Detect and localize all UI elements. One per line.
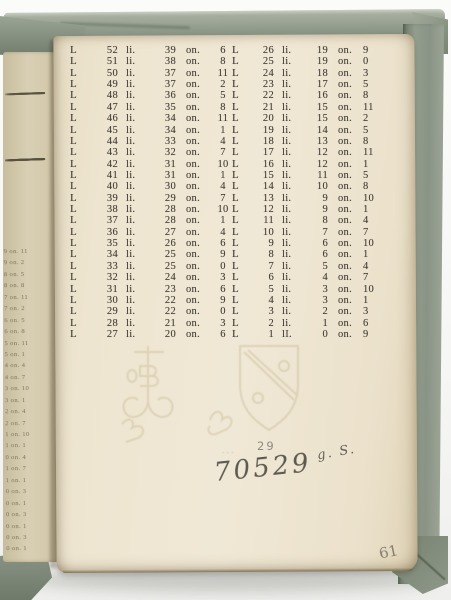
unit-on-label: on. bbox=[332, 125, 360, 136]
lira-symbol: L bbox=[70, 113, 84, 124]
table-row: L11li.8on.4 bbox=[232, 215, 386, 226]
on-value: 11 bbox=[360, 102, 386, 113]
li-value: 9 bbox=[306, 204, 332, 215]
li-value: 30 bbox=[150, 181, 180, 192]
li-value: 9 bbox=[306, 193, 332, 204]
li-value: 32 bbox=[150, 147, 180, 158]
unit-li-label: li. bbox=[124, 113, 150, 124]
unit-li-label: li. bbox=[280, 193, 306, 204]
unit-on-label: on. bbox=[180, 170, 210, 181]
unit-on-label: on. bbox=[332, 102, 360, 113]
table-row: L31li.23on.6 bbox=[70, 284, 236, 295]
table-row: L52li.39on.6 bbox=[70, 45, 236, 56]
unit-li-label: li. bbox=[280, 159, 306, 170]
count-value: 16 bbox=[246, 159, 280, 170]
li-value: 28 bbox=[150, 215, 180, 226]
table-row: L25li.19on.0 bbox=[232, 56, 386, 67]
count-value: 11 bbox=[246, 215, 280, 226]
unit-li-label: li. bbox=[280, 181, 306, 192]
li-value: 2 bbox=[306, 306, 332, 317]
lira-symbol: L bbox=[232, 56, 246, 67]
unit-li-label: li. bbox=[124, 261, 150, 272]
unit-li-label: li. bbox=[280, 56, 306, 67]
table-row: L3li.2on.3 bbox=[232, 306, 386, 317]
table-row: L44li.33on.4 bbox=[70, 136, 236, 147]
unit-li-label: li. bbox=[124, 68, 150, 79]
on-value: 1 bbox=[360, 159, 386, 170]
count-value: 25 bbox=[246, 56, 280, 67]
unit-li-label: li. bbox=[280, 249, 306, 260]
unit-li-label: li. bbox=[280, 45, 306, 56]
table-row: L28li.21on.3 bbox=[70, 318, 236, 329]
table-row: L20li.15on.2 bbox=[232, 113, 386, 124]
li-value: 4 bbox=[306, 272, 332, 283]
count-value: 14 bbox=[246, 181, 280, 192]
li-value: 1 bbox=[306, 318, 332, 329]
on-value: 10 bbox=[360, 238, 386, 249]
unit-li-label: li. bbox=[124, 204, 150, 215]
unit-on-label: on. bbox=[332, 318, 360, 329]
unit-li-label: li. bbox=[280, 170, 306, 181]
book-photo: 9 on. 119 on. 28 on. 58 on. 87 on. 117 o… bbox=[0, 0, 451, 600]
unit-on-label: on. bbox=[180, 306, 210, 317]
table-fragment: 0 on. 3 bbox=[6, 532, 52, 544]
unit-on-label: on. bbox=[180, 159, 210, 170]
table-row: L37li.28on.1 bbox=[70, 215, 236, 226]
table-row: L41li.31on.1 bbox=[70, 170, 236, 181]
unit-li-label: li. bbox=[280, 147, 306, 158]
lira-symbol: L bbox=[70, 306, 84, 317]
count-value: 39 bbox=[84, 193, 124, 204]
unit-li-label: li. bbox=[280, 272, 306, 283]
unit-on-label: on. bbox=[332, 193, 360, 204]
table-fragment: 0 on. 3 bbox=[6, 509, 52, 521]
table-fragment: 7 on. 11 bbox=[4, 292, 50, 304]
table-fragment: 0 on. 1 bbox=[6, 543, 52, 555]
count-value: 10 bbox=[246, 227, 280, 238]
table-row: L32li.24on.3 bbox=[70, 272, 236, 283]
unit-li-label: li. bbox=[280, 79, 306, 90]
li-value: 37 bbox=[150, 79, 180, 90]
unit-on-label: on. bbox=[332, 159, 360, 170]
unit-on-label: on. bbox=[332, 295, 360, 306]
table-row: L15li.11on.5 bbox=[232, 170, 386, 181]
count-value: 29 bbox=[84, 306, 124, 317]
li-value: 18 bbox=[306, 68, 332, 79]
table-row: L19li.14on.5 bbox=[232, 125, 386, 136]
count-value: 9 bbox=[246, 238, 280, 249]
table-row: L12li.9on.1 bbox=[232, 204, 386, 215]
li-value: 15 bbox=[306, 102, 332, 113]
table-fragment: 1 on. 1 bbox=[5, 440, 51, 452]
unit-on-label: on. bbox=[332, 45, 360, 56]
table-fragment: 8 on. 8 bbox=[4, 280, 50, 292]
table-row: L18li.13on.8 bbox=[232, 136, 386, 147]
table-row: L22li.16on.8 bbox=[232, 90, 386, 101]
table-row: L51li.38on.8 bbox=[70, 56, 236, 67]
unit-on-label: on. bbox=[332, 79, 360, 90]
li-value: 17 bbox=[306, 79, 332, 90]
count-value: 32 bbox=[84, 272, 124, 283]
unit-on-label: on. bbox=[180, 318, 210, 329]
unit-li-label: li. bbox=[124, 45, 150, 56]
on-value: 5 bbox=[360, 125, 386, 136]
on-value: 7 bbox=[360, 227, 386, 238]
count-value: 36 bbox=[84, 227, 124, 238]
li-value: 5 bbox=[306, 261, 332, 272]
table-row: L8li.6on.1 bbox=[232, 249, 386, 260]
li-value: 19 bbox=[306, 56, 332, 67]
table-row: L17li.12on.11 bbox=[232, 147, 386, 158]
table-fragment: 6 on. 5 bbox=[4, 314, 50, 326]
unit-li-label: li. bbox=[280, 136, 306, 147]
on-value: 4 bbox=[360, 261, 386, 272]
on-value: 10 bbox=[360, 193, 386, 204]
unit-li-label: li. bbox=[280, 227, 306, 238]
table-fragment: 0 on. 1 bbox=[6, 520, 52, 532]
table-row: L30li.22on.9 bbox=[70, 295, 236, 306]
unit-on-label: on. bbox=[180, 238, 210, 249]
count-value: 3 bbox=[246, 306, 280, 317]
unit-li-label: li. bbox=[124, 79, 150, 90]
count-value: 17 bbox=[246, 147, 280, 158]
table-row: L43li.32on.7 bbox=[70, 147, 236, 158]
count-value: 45 bbox=[84, 125, 124, 136]
li-value: 6 bbox=[306, 249, 332, 260]
table-fragment: 1 on. 10 bbox=[5, 429, 51, 441]
li-value: 31 bbox=[150, 170, 180, 181]
unit-on-label: on. bbox=[332, 306, 360, 317]
count-value: 27 bbox=[84, 329, 124, 340]
count-value: 8 bbox=[246, 249, 280, 260]
count-value: 34 bbox=[84, 249, 124, 260]
unit-li-label: li. bbox=[124, 227, 150, 238]
lira-symbol: L bbox=[232, 272, 246, 283]
table-row: L34li.25on.9 bbox=[70, 249, 236, 260]
on-value: 0 bbox=[360, 56, 386, 67]
count-value: 4 bbox=[246, 295, 280, 306]
unit-li-label: li. bbox=[280, 215, 306, 226]
lira-symbol: L bbox=[232, 329, 246, 340]
count-value: 31 bbox=[84, 284, 124, 295]
count-value: 26 bbox=[246, 45, 280, 56]
table-fragment: 1 on. 7 bbox=[6, 463, 52, 475]
on-value: 4 bbox=[360, 215, 386, 226]
table-row: L33li.25on.0 bbox=[70, 261, 236, 272]
li-value: 12 bbox=[306, 159, 332, 170]
faint-stamp-marks: ... bbox=[222, 446, 236, 455]
unit-on-label: on. bbox=[180, 227, 210, 238]
unit-on-label: on. bbox=[180, 284, 210, 295]
table-row: L47li.35on.8 bbox=[70, 102, 236, 113]
unit-li-label: li. bbox=[124, 249, 150, 260]
count-value: 37 bbox=[84, 215, 124, 226]
unit-on-label: on. bbox=[332, 261, 360, 272]
unit-on-label: on. bbox=[332, 272, 360, 283]
unit-on-label: on. bbox=[180, 249, 210, 260]
table-row: L45li.34on.1 bbox=[70, 125, 236, 136]
on-value: 1 bbox=[360, 204, 386, 215]
table-fragment: 2 on. 7 bbox=[5, 417, 51, 429]
count-value: 23 bbox=[246, 79, 280, 90]
li-value: 36 bbox=[150, 90, 180, 101]
table-row: L50li.37on.11 bbox=[70, 68, 236, 79]
unit-on-label: on. bbox=[332, 56, 360, 67]
unit-li-label: li. bbox=[124, 318, 150, 329]
unit-li-label: li. bbox=[280, 102, 306, 113]
on-value: 10 bbox=[360, 284, 386, 295]
on-value: 8 bbox=[360, 136, 386, 147]
li-value: 20 bbox=[150, 329, 180, 340]
table-fragment: 8 on. 5 bbox=[4, 269, 50, 281]
count-value: 51 bbox=[84, 56, 124, 67]
unit-li-label: li. bbox=[280, 306, 306, 317]
li-value: 29 bbox=[150, 193, 180, 204]
table-row: L36li.27on.4 bbox=[70, 227, 236, 238]
unit-li-label: li. bbox=[124, 193, 150, 204]
on-value: 5 bbox=[360, 79, 386, 90]
on-value: 1 bbox=[360, 295, 386, 306]
table-row: L40li.30on.4 bbox=[70, 181, 236, 192]
table-fragment: 6 on. 8 bbox=[4, 326, 50, 338]
unit-on-label: on. bbox=[180, 295, 210, 306]
count-value: 12 bbox=[246, 204, 280, 215]
table-fragment: 4 on. 7 bbox=[5, 372, 51, 384]
lira-symbol: L bbox=[232, 181, 246, 192]
unit-on-label: on. bbox=[332, 284, 360, 295]
unit-on-label: on. bbox=[332, 204, 360, 215]
table-fragment: 7 on. 2 bbox=[4, 303, 50, 315]
li-value: 21 bbox=[150, 318, 180, 329]
on-value: 2 bbox=[360, 113, 386, 124]
count-value: 48 bbox=[84, 90, 124, 101]
lira-symbol: L bbox=[70, 329, 84, 340]
unit-li-label: li. bbox=[124, 215, 150, 226]
table-fragment: 9 on. 11 bbox=[4, 246, 50, 258]
count-value: 19 bbox=[246, 125, 280, 136]
count-value: 46 bbox=[84, 113, 124, 124]
count-value: 2 bbox=[246, 318, 280, 329]
table-row: L23li.17on.5 bbox=[232, 79, 386, 90]
unit-on-label: on. bbox=[180, 125, 210, 136]
unit-on-label: on. bbox=[180, 102, 210, 113]
unit-on-label: on. bbox=[332, 136, 360, 147]
unit-on-label: on. bbox=[180, 329, 210, 340]
on-value: 7 bbox=[360, 272, 386, 283]
on-value: 5 bbox=[360, 170, 386, 181]
count-value: 38 bbox=[84, 204, 124, 215]
table-row: L5li.3on.10 bbox=[232, 284, 386, 295]
unit-li-label: li. bbox=[124, 306, 150, 317]
count-value: 50 bbox=[84, 68, 124, 79]
unit-on-label: on. bbox=[332, 329, 360, 340]
unit-on-label: on. bbox=[180, 215, 210, 226]
table-row: L14li.10on.8 bbox=[232, 181, 386, 192]
unit-on-label: on. bbox=[180, 136, 210, 147]
li-value: 3 bbox=[306, 284, 332, 295]
table-row: L1lI.0on.9 bbox=[232, 329, 386, 340]
count-value: 24 bbox=[246, 68, 280, 79]
li-value: 28 bbox=[150, 204, 180, 215]
count-value: 15 bbox=[246, 170, 280, 181]
lira-symbol: L bbox=[70, 272, 84, 283]
li-value: 25 bbox=[150, 261, 180, 272]
count-value: 21 bbox=[246, 102, 280, 113]
unit-li-label: li. bbox=[124, 136, 150, 147]
unit-on-label: on. bbox=[332, 215, 360, 226]
li-value: 22 bbox=[150, 306, 180, 317]
li-value: 34 bbox=[150, 113, 180, 124]
lira-symbol: L bbox=[70, 147, 84, 158]
count-value: 30 bbox=[84, 295, 124, 306]
unit-on-label: on. bbox=[332, 227, 360, 238]
prev-page-table-fragments: 9 on. 119 on. 28 on. 58 on. 87 on. 117 o… bbox=[4, 246, 53, 555]
unit-li-label: li. bbox=[124, 56, 150, 67]
unit-li-label: li. bbox=[124, 170, 150, 181]
table-row: L48li.36on.5 bbox=[70, 90, 236, 101]
count-value: 47 bbox=[84, 102, 124, 113]
count-value: 49 bbox=[84, 79, 124, 90]
li-value: 23 bbox=[150, 284, 180, 295]
count-value: 35 bbox=[84, 238, 124, 249]
unit-li-label: li. bbox=[280, 318, 306, 329]
lira-symbol: L bbox=[232, 147, 246, 158]
unit-on-label: on. bbox=[180, 68, 210, 79]
count-value: 22 bbox=[246, 90, 280, 101]
table-fragment: 3 on. 10 bbox=[5, 383, 51, 395]
unit-li-label: li. bbox=[124, 147, 150, 158]
count-value: 18 bbox=[246, 136, 280, 147]
table-fragment: 0 on. 3 bbox=[6, 486, 52, 498]
table-row: L24li.18on.3 bbox=[232, 68, 386, 79]
on-value: 11 bbox=[360, 147, 386, 158]
unit-li-label: li. bbox=[280, 295, 306, 306]
table-row: L9li.6on.10 bbox=[232, 238, 386, 249]
on-value: 3 bbox=[360, 68, 386, 79]
table-row: L42li.31on.10 bbox=[70, 159, 236, 170]
count-value: 33 bbox=[84, 261, 124, 272]
count-value: 42 bbox=[84, 159, 124, 170]
lira-symbol: L bbox=[232, 306, 246, 317]
count-value: 20 bbox=[246, 113, 280, 124]
on-value: 8 bbox=[360, 181, 386, 192]
table-fragment: 5 on. 1 bbox=[5, 349, 51, 361]
unit-on-label: on. bbox=[180, 45, 210, 56]
unit-on-label: on. bbox=[332, 181, 360, 192]
table-fragment: 0 on. 1 bbox=[6, 497, 52, 509]
unit-li-label: li. bbox=[124, 238, 150, 249]
table-fragment: 2 on. 4 bbox=[5, 406, 51, 418]
unit-on-label: on. bbox=[332, 68, 360, 79]
unit-on-label: on. bbox=[180, 56, 210, 67]
table-row: L10li.7on.7 bbox=[232, 227, 386, 238]
table-row: L6li.4on.7 bbox=[232, 272, 386, 283]
lira-symbol: L bbox=[232, 113, 246, 124]
li-value: 3 bbox=[306, 295, 332, 306]
unit-li-label: li. bbox=[124, 102, 150, 113]
table-fragment: 3 on. 1 bbox=[5, 394, 51, 406]
on-value: 8 bbox=[360, 90, 386, 101]
on-value: 6 bbox=[360, 318, 386, 329]
count-value: 40 bbox=[84, 181, 124, 192]
li-value: 13 bbox=[306, 136, 332, 147]
li-value: 37 bbox=[150, 68, 180, 79]
count-value: 7 bbox=[246, 261, 280, 272]
table-row: L4li.3on.1 bbox=[232, 295, 386, 306]
lira-symbol: L bbox=[70, 181, 84, 192]
count-value: 13 bbox=[246, 193, 280, 204]
li-value: 10 bbox=[306, 181, 332, 192]
unit-li-label: li. bbox=[280, 90, 306, 101]
table-row: L27li.20on.6 bbox=[70, 329, 236, 340]
li-value: 39 bbox=[150, 45, 180, 56]
table-row: L21li.15on.11 bbox=[232, 102, 386, 113]
unit-li-label: li. bbox=[280, 284, 306, 295]
table-row: L39li.29on.7 bbox=[70, 193, 236, 204]
li-value: 25 bbox=[150, 249, 180, 260]
table-row: L7li.5on.4 bbox=[232, 261, 386, 272]
unit-li-label: li. bbox=[280, 68, 306, 79]
table-fragment: 5 on. 11 bbox=[4, 337, 50, 349]
li-value: 7 bbox=[306, 227, 332, 238]
table-fragment: 9 on. 2 bbox=[4, 257, 50, 269]
unit-on-label: on. bbox=[180, 113, 210, 124]
table-row: L49li.37on.2 bbox=[70, 79, 236, 90]
unit-li-label: li. bbox=[280, 113, 306, 124]
table-fragment: 4 on. 4 bbox=[5, 360, 51, 372]
on-value: 9 bbox=[360, 45, 386, 56]
unit-li-label: li. bbox=[124, 181, 150, 192]
unit-li-label: li. bbox=[124, 329, 150, 340]
unit-li-label: lI. bbox=[280, 329, 306, 340]
unit-on-label: on. bbox=[180, 272, 210, 283]
table-row: L35li.26on.6 bbox=[70, 238, 236, 249]
unit-li-label: li. bbox=[124, 159, 150, 170]
table-row: L2li.1on.6 bbox=[232, 318, 386, 329]
unit-on-label: on. bbox=[332, 170, 360, 181]
unit-on-label: on. bbox=[332, 113, 360, 124]
table-row: L26li.19on.9 bbox=[232, 45, 386, 56]
count-value: 44 bbox=[84, 136, 124, 147]
li-value: 34 bbox=[150, 125, 180, 136]
count-value: 1 bbox=[246, 329, 280, 340]
unit-on-label: on. bbox=[332, 147, 360, 158]
li-value: 19 bbox=[306, 45, 332, 56]
li-value: 15 bbox=[306, 113, 332, 124]
unit-li-label: li. bbox=[124, 272, 150, 283]
unit-li-label: li. bbox=[280, 261, 306, 272]
count-value: 43 bbox=[84, 147, 124, 158]
count-value: 5 bbox=[246, 284, 280, 295]
table-row: L29li.22on.0 bbox=[70, 306, 236, 317]
count-value: 41 bbox=[84, 170, 124, 181]
unit-li-label: li. bbox=[124, 90, 150, 101]
unit-li-label: li. bbox=[124, 295, 150, 306]
lira-symbol: L bbox=[70, 56, 84, 67]
li-value: 26 bbox=[150, 238, 180, 249]
unit-li-label: li. bbox=[280, 204, 306, 215]
unit-on-label: on. bbox=[180, 147, 210, 158]
price-table-left-column: L52li.39on.6L51li.38on.8L50li.37on.11L49… bbox=[70, 45, 236, 340]
unit-on-label: on. bbox=[332, 249, 360, 260]
li-value: 16 bbox=[306, 90, 332, 101]
li-value: 31 bbox=[150, 159, 180, 170]
li-value: 14 bbox=[306, 125, 332, 136]
unit-on-label: on. bbox=[332, 90, 360, 101]
count-value: 28 bbox=[84, 318, 124, 329]
unit-on-label: on. bbox=[180, 90, 210, 101]
li-value: 6 bbox=[306, 238, 332, 249]
